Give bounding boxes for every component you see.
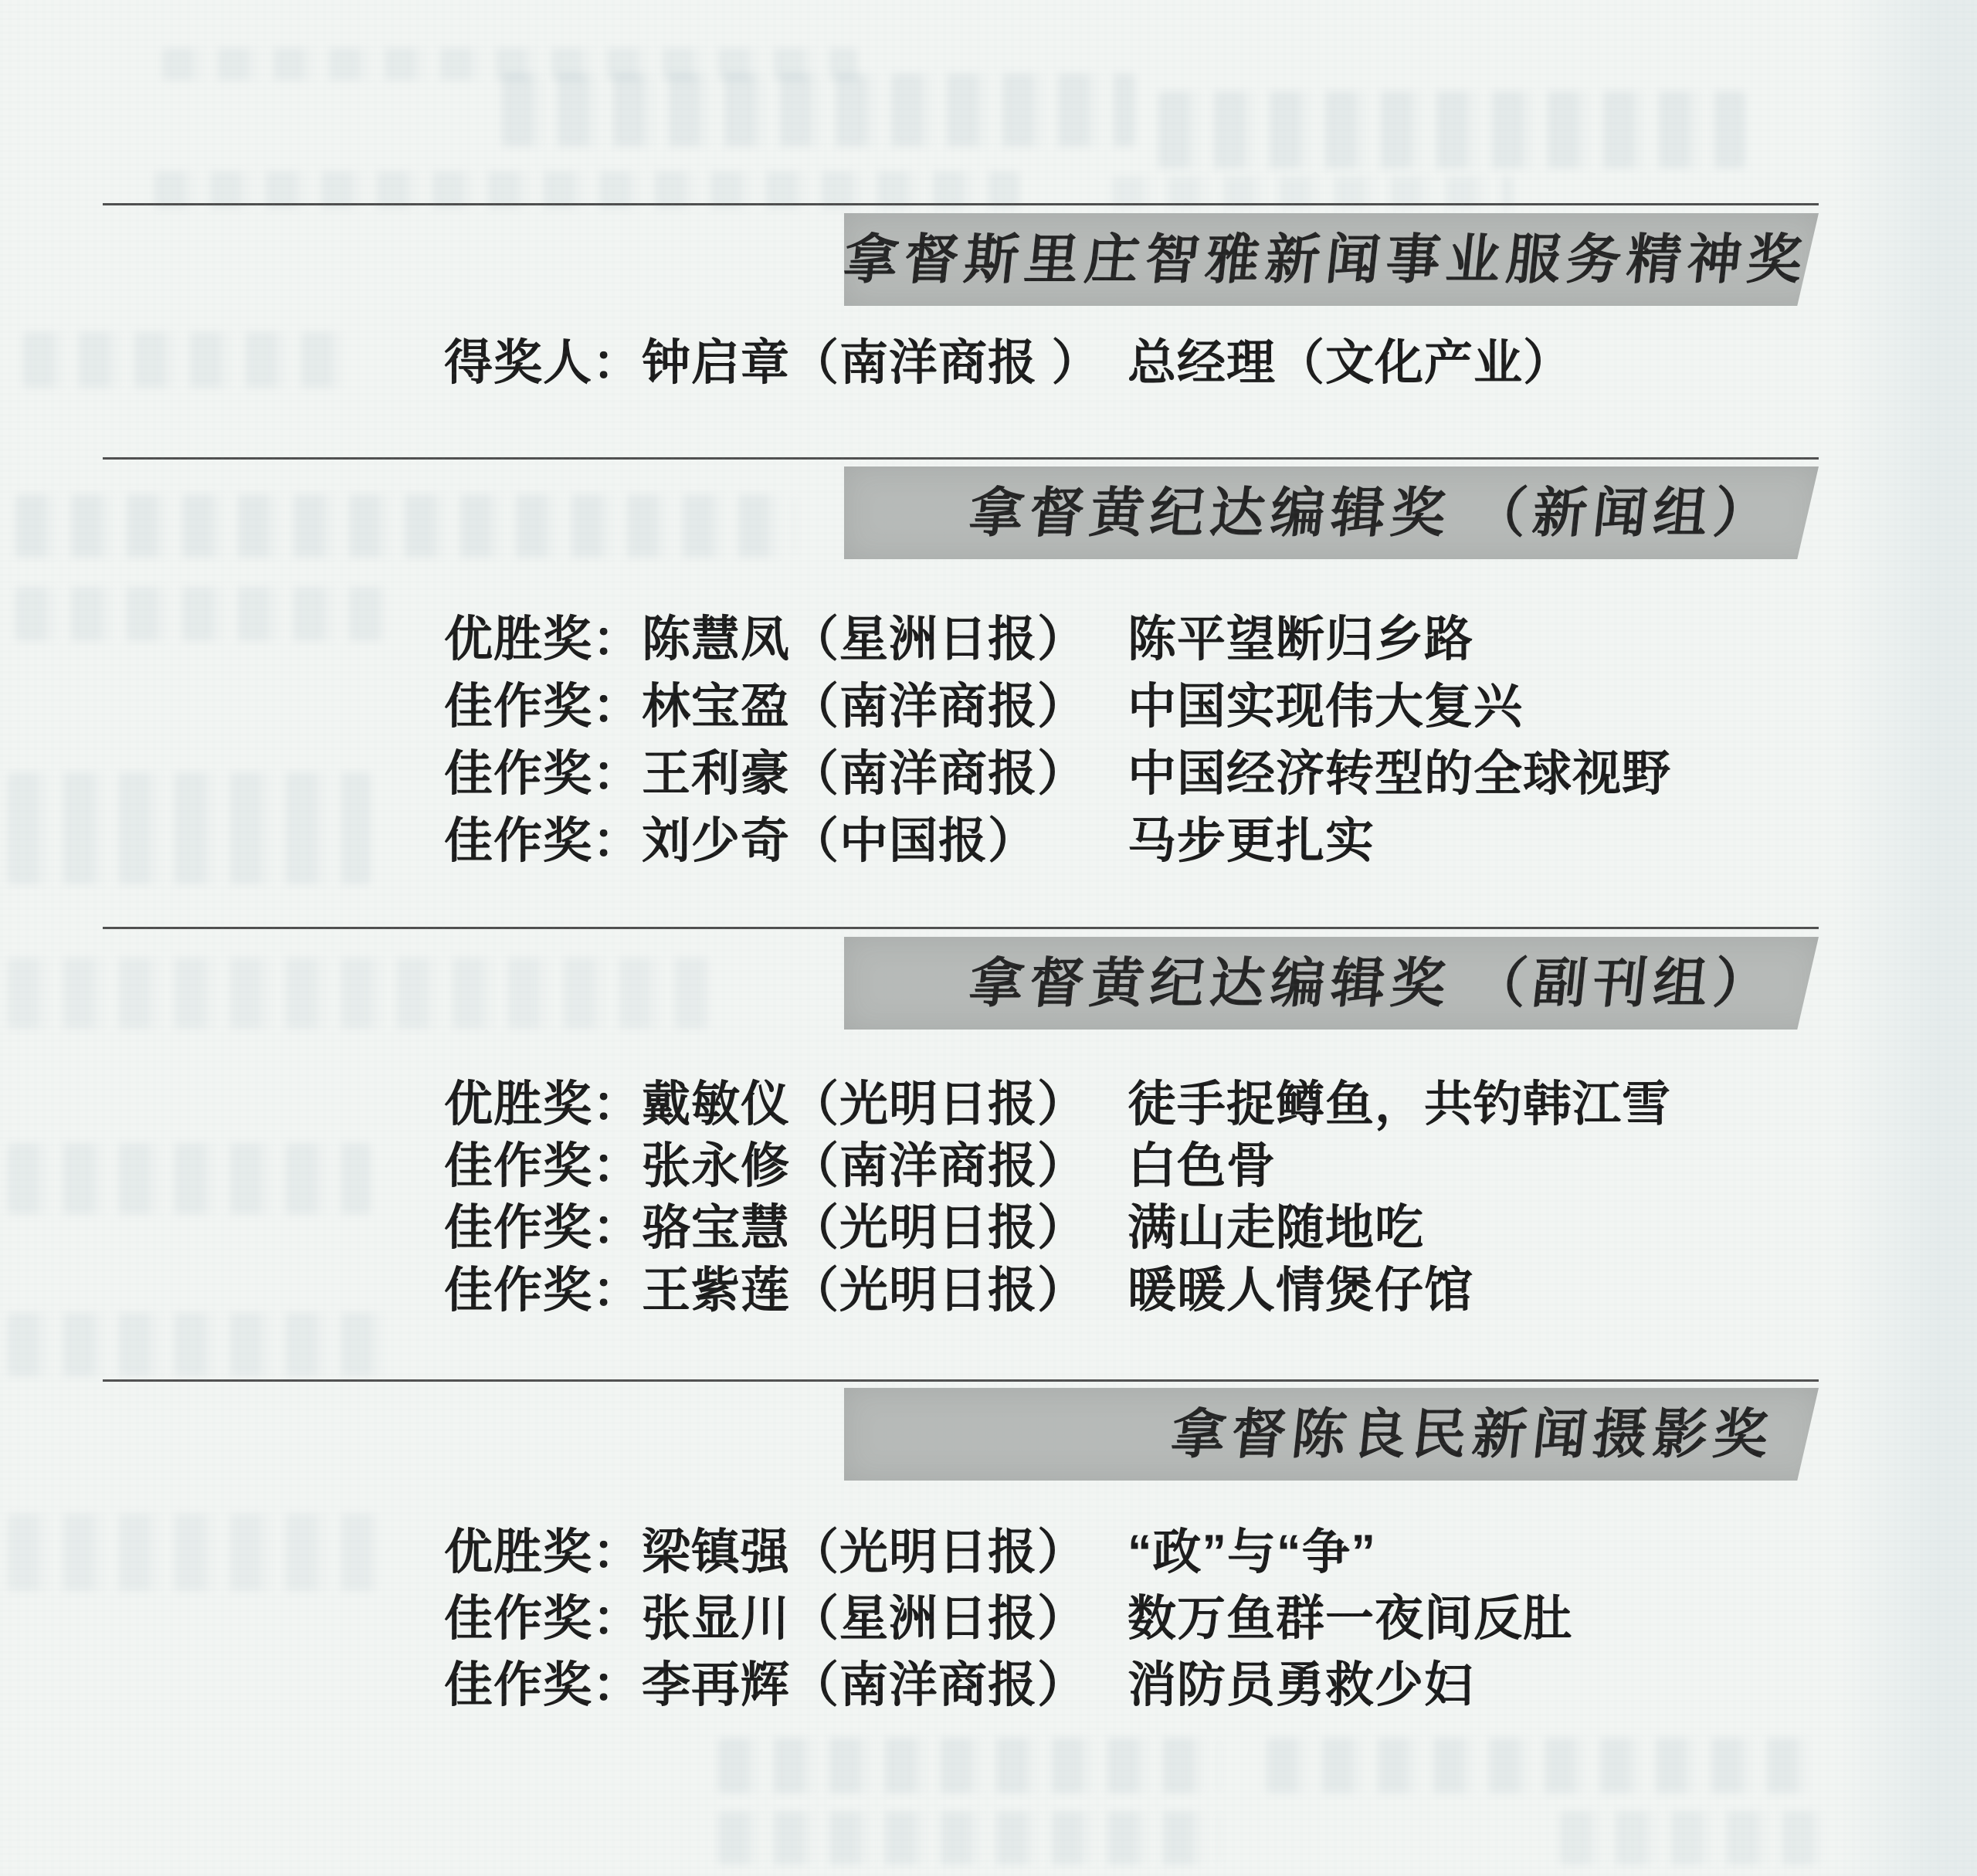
divider-rule — [103, 1379, 1819, 1382]
award-work-title: 满山走随地吃 — [1128, 1197, 1911, 1259]
recipient-name: 王利豪 — [642, 747, 790, 801]
award-work-title: 白色骨 — [1128, 1135, 1911, 1197]
recipient-name: 张永修 — [642, 1139, 790, 1193]
award-entry: 佳作奖：张显川（星洲日报） 数万鱼群一夜间反肚 — [444, 1588, 1911, 1653]
award-recipient: 佳作奖：张永修（南洋商报） — [444, 1135, 1128, 1197]
award-recipient: 佳作奖：林宝盈（南洋商报） — [444, 676, 1128, 738]
award-section-header: 拿督斯里庄智雅新闻事业服务精神奖 — [844, 213, 1819, 306]
recipient-name: 张显川 — [642, 1592, 790, 1646]
bleed-through-artifact — [1158, 91, 1745, 168]
award-section-title: 拿督斯里庄智雅新闻事业服务精神奖 — [839, 213, 1824, 306]
award-recipient: 优胜奖：陈慧凤（星洲日报） — [444, 609, 1128, 670]
award-entry: 佳作奖：骆宝慧（光明日报） 满山走随地吃 — [444, 1197, 1911, 1262]
award-work-title: 马步更扎实 — [1128, 810, 1911, 872]
bleed-through-artifact — [1267, 1738, 1823, 1793]
recipient-publication: （光明日报） — [790, 1525, 1087, 1579]
bleed-through-artifact — [1560, 1811, 1823, 1865]
scanned-awards-page: 拿督斯里庄智雅新闻事业服务精神奖 得奖人：钟启章（南洋商报 ） 总经理（文化产业… — [0, 0, 1977, 1876]
recipient-name: 陈慧凤 — [642, 612, 790, 667]
recipient-publication: （星洲日报） — [790, 1592, 1087, 1646]
divider-rule — [103, 203, 1819, 205]
recipient-publication: （星洲日报） — [790, 612, 1087, 667]
award-label: 优胜奖： — [444, 612, 642, 667]
award-label: 得奖人： — [444, 336, 642, 390]
recipient-name: 王紫莲 — [642, 1264, 790, 1318]
award-recipient: 优胜奖：梁镇强（光明日报） — [444, 1521, 1128, 1583]
award-section-title: 拿督陈良民新闻摄影奖 — [839, 1388, 1824, 1481]
award-work-title: 中国经济转型的全球视野 — [1128, 743, 1911, 805]
bleed-through-artifact — [8, 958, 710, 1029]
recipient-publication: （南洋商报 ） — [790, 336, 1101, 390]
recipient-name: 钟启章 — [642, 336, 790, 390]
award-label: 佳作奖： — [444, 1592, 642, 1646]
award-entry: 优胜奖：陈慧凤（星洲日报） 陈平望断归乡路 — [444, 609, 1911, 673]
recipient-publication: （南洋商报） — [790, 680, 1087, 734]
bleed-through-artifact — [8, 1514, 378, 1591]
recipient-name: 林宝盈 — [642, 680, 790, 734]
award-work-title: 徒手捉鳟鱼，共钓韩江雪 — [1128, 1074, 1911, 1135]
award-section-header: 拿督黄纪达编辑奖 （新闻组） — [844, 466, 1819, 559]
award-label: 优胜奖： — [444, 1525, 642, 1579]
award-recipient: 佳作奖：刘少奇（中国报） — [444, 810, 1128, 872]
divider-rule — [103, 457, 1819, 460]
award-work-title: 暖暖人情煲仔馆 — [1128, 1260, 1911, 1321]
award-work-title: 中国实现伟大复兴 — [1128, 676, 1911, 738]
award-entry: 佳作奖：张永修（南洋商报） 白色骨 — [444, 1135, 1911, 1200]
bleed-through-artifact — [15, 587, 386, 641]
bleed-through-artifact — [15, 494, 795, 558]
award-label: 佳作奖： — [444, 1201, 642, 1255]
recipient-publication: （光明日报） — [790, 1077, 1087, 1131]
bleed-through-artifact — [23, 332, 355, 388]
award-entry: 佳作奖：李再辉（南洋商报） 消防员勇救少妇 — [444, 1654, 1911, 1719]
bleed-through-artifact — [8, 1313, 394, 1376]
recipient-name: 骆宝慧 — [642, 1201, 790, 1255]
bleed-through-artifact — [502, 73, 1135, 147]
award-work-title: 陈平望断归乡路 — [1128, 609, 1911, 670]
recipient-publication: （光明日报） — [790, 1264, 1087, 1318]
award-label: 佳作奖： — [444, 1658, 642, 1712]
award-label: 佳作奖： — [444, 1264, 642, 1318]
award-work-title: 数万鱼群一夜间反肚 — [1128, 1588, 1911, 1650]
award-recipient: 佳作奖：张显川（星洲日报） — [444, 1588, 1128, 1650]
recipient-publication: （南洋商报） — [790, 747, 1087, 801]
award-recipient: 佳作奖：李再辉（南洋商报） — [444, 1654, 1128, 1716]
recipient-name: 李再辉 — [642, 1658, 790, 1712]
award-label: 佳作奖： — [444, 747, 642, 801]
award-section-header: 拿督黄纪达编辑奖 （副刊组） — [844, 937, 1819, 1030]
recipient-name: 刘少奇 — [642, 814, 790, 868]
award-section-title: 拿督黄纪达编辑奖 （副刊组） — [839, 937, 1824, 1030]
bleed-through-artifact — [718, 1811, 1220, 1865]
divider-rule — [103, 927, 1819, 929]
award-recipient: 佳作奖：王紫莲（光明日报） — [444, 1260, 1128, 1321]
bleed-through-artifact — [718, 1738, 1220, 1793]
award-section-header: 拿督陈良民新闻摄影奖 — [844, 1388, 1819, 1481]
award-entry: 优胜奖：梁镇强（光明日报） “政”与“争” — [444, 1521, 1911, 1586]
award-work-title: 消防员勇救少妇 — [1128, 1654, 1911, 1716]
award-work-title: “政”与“争” — [1128, 1521, 1911, 1583]
recipient-publication: （光明日报） — [790, 1201, 1087, 1255]
award-recipient: 得奖人：钟启章（南洋商报 ） — [444, 332, 1128, 394]
bleed-through-artifact — [8, 772, 371, 884]
bleed-through-artifact — [162, 48, 857, 80]
award-entry: 佳作奖：刘少奇（中国报） 马步更扎实 — [444, 810, 1911, 875]
recipient-publication: （南洋商报） — [790, 1139, 1087, 1193]
award-work-title: 总经理（文化产业） — [1128, 332, 1911, 394]
award-entry: 佳作奖：王利豪（南洋商报） 中国经济转型的全球视野 — [444, 743, 1911, 808]
award-recipient: 佳作奖：骆宝慧（光明日报） — [444, 1197, 1128, 1259]
award-label: 佳作奖： — [444, 680, 642, 734]
recipient-name: 戴敏仪 — [642, 1077, 790, 1131]
award-entry: 得奖人：钟启章（南洋商报 ） 总经理（文化产业） — [444, 332, 1911, 397]
bleed-through-artifact — [8, 1143, 371, 1214]
award-recipient: 佳作奖：王利豪（南洋商报） — [444, 743, 1128, 805]
award-label: 佳作奖： — [444, 1139, 642, 1193]
recipient-publication: （南洋商报） — [790, 1658, 1087, 1712]
recipient-name: 梁镇强 — [642, 1525, 790, 1579]
award-label: 优胜奖： — [444, 1077, 642, 1131]
award-section-title: 拿督黄纪达编辑奖 （新闻组） — [839, 466, 1824, 559]
award-label: 佳作奖： — [444, 814, 642, 868]
award-entry: 佳作奖：林宝盈（南洋商报） 中国实现伟大复兴 — [444, 676, 1911, 741]
award-recipient: 优胜奖：戴敏仪（光明日报） — [444, 1074, 1128, 1135]
recipient-publication: （中国报） — [790, 814, 1037, 868]
award-entry: 佳作奖：王紫莲（光明日报） 暖暖人情煲仔馆 — [444, 1260, 1911, 1325]
award-entry: 优胜奖：戴敏仪（光明日报） 徒手捉鳟鱼，共钓韩江雪 — [444, 1074, 1911, 1138]
